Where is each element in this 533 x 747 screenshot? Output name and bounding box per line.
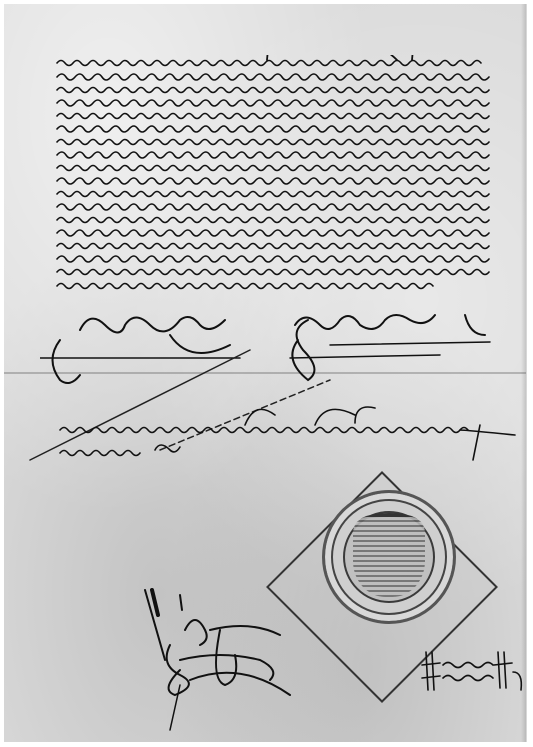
coat-of-arms [353, 517, 425, 597]
manuscript-body: ... xxxi dias del mes de março año de ..… [52, 55, 512, 310]
registration-signature: Registrada [140, 585, 310, 735]
handwriting-body [52, 55, 522, 305]
royal-wax-seal [322, 490, 456, 624]
chancellor-signature: Almaçan / Chançiller [418, 650, 533, 695]
secretary-attestation: ... Johan de Coloma secretario del Rey e… [55, 405, 525, 475]
